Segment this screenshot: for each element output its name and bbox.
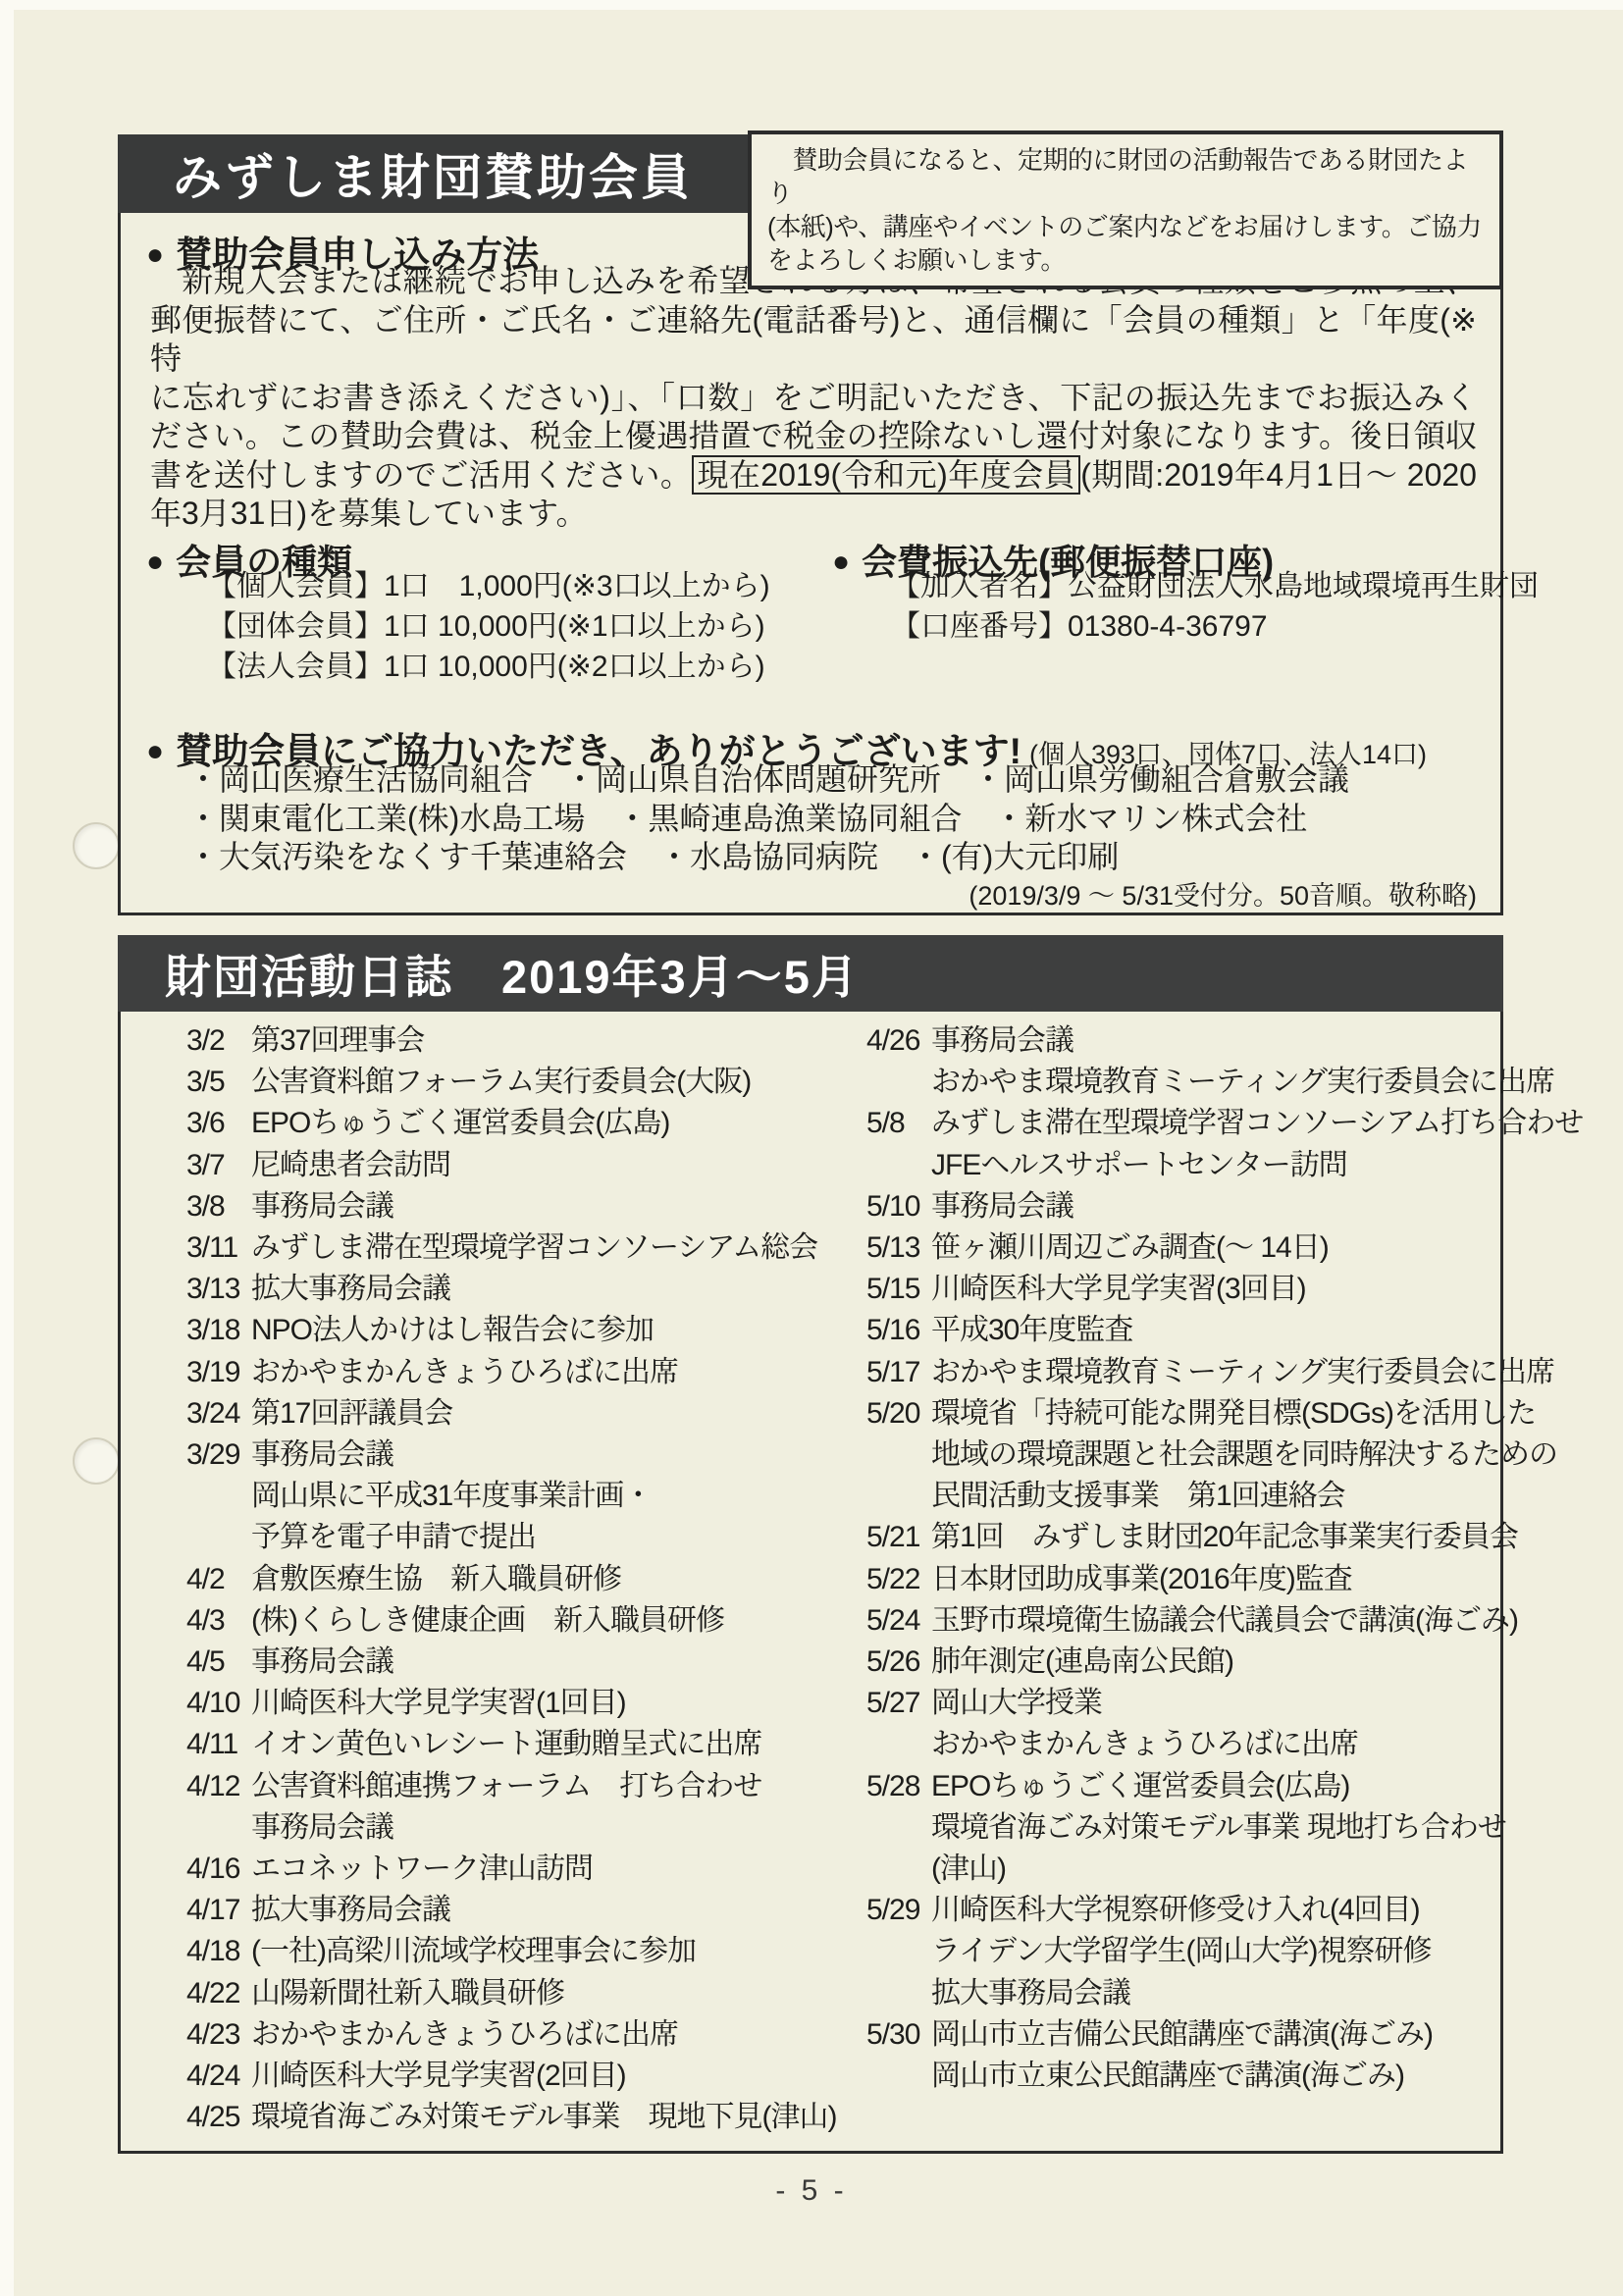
log-entry-date: 5/22	[866, 1559, 931, 1600]
log-entry: 3/7 尼崎患者会訪問	[186, 1145, 814, 1186]
log-entry: おかやまかんきょうひろばに出席	[866, 1724, 1494, 1765]
log-entry: 予算を電子申請で提出	[186, 1517, 814, 1558]
application-instruction-lines: 新規入会または継続でお申し込みを希望される方は、希望される会員の種類をご参照の上…	[150, 262, 1477, 456]
log-entry-text: みずしま滞在型環境学習コンソーシアム打ち合わせ	[931, 1103, 1583, 1144]
log-entry-date	[866, 1973, 931, 2014]
log-entry-date: 4/22	[186, 1973, 251, 2014]
log-entry-text: 事務局会議	[251, 1186, 814, 1227]
log-entry-text: 事務局会議	[251, 1807, 814, 1849]
log-entry-date: 5/29	[866, 1890, 931, 1931]
log-entry-date: 4/25	[186, 2097, 251, 2138]
log-entry-text: おかやまかんきょうひろばに出席	[251, 1352, 814, 1393]
log-entry-text: 平成30年度監査	[931, 1310, 1494, 1351]
log-entry-date: 4/26	[866, 1020, 931, 1062]
log-entry: 4/18 (一社)高梁川流域学校理事会に参加	[186, 1931, 814, 1972]
log-entry-date: 4/5	[186, 1642, 251, 1683]
log-entry-date: 4/18	[186, 1931, 251, 1972]
log-entry: 5/22 日本財団助成事業(2016年度)監査	[866, 1559, 1494, 1600]
log-entry-date: 3/5	[186, 1062, 251, 1103]
log-entry: 3/5 公害資料館フォーラム実行委員会(大阪)	[186, 1062, 814, 1103]
log-entry-text: NPO法人かけはし報告会に参加	[251, 1310, 814, 1351]
log-entry-date	[866, 1435, 931, 1476]
log-entry-date: 3/13	[186, 1269, 251, 1310]
log-entry-date	[186, 1517, 251, 1558]
supporters-line: ・関東電化工業(株)水島工場 ・黒崎連島漁業協同組合 ・新水マリン株式会社	[187, 800, 1349, 839]
supporters-line: ・岡山医療生活協同組合 ・岡山県自治体問題研究所 ・岡山県労働組合倉敷会議	[187, 760, 1349, 800]
log-entry: 4/5 事務局会議	[186, 1642, 814, 1683]
log-entry: 5/30 岡山市立吉備公民館講座で講演(海ごみ)	[866, 2014, 1494, 2056]
log-entry: 3/6 EPOちゅうごく運営委員会(広島)	[186, 1103, 814, 1144]
log-entry-date	[866, 1849, 931, 1890]
log-entry: 3/13 拡大事務局会議	[186, 1269, 814, 1310]
log-entry: 4/25 環境省海ごみ対策モデル事業 現地下見(津山)	[186, 2097, 814, 2138]
log-entry-text: 川崎医科大学見学実習(2回目)	[251, 2056, 814, 2097]
log-entry-date: 3/18	[186, 1310, 251, 1351]
paragraph-line: ださい。この賛助会費は、税金上優遇措置で税金の控除ないし還付対象になります。後日…	[150, 417, 1477, 456]
log-entry: 5/17 おかやま環境教育ミーティング実行委員会に出席	[866, 1352, 1494, 1393]
log-entry: おかやま環境教育ミーティング実行委員会に出席	[866, 1062, 1494, 1103]
log-entry-text: 第37回理事会	[251, 1020, 814, 1062]
log-entry-text: 岡山市立吉備公民館講座で講演(海ごみ)	[931, 2014, 1494, 2056]
log-entry: 岡山県に平成31年度事業計画・	[186, 1476, 814, 1517]
membership-benefits-note: 賛助会員になると、定期的に財団の活動報告である財団たより (本紙)や、講座やイベ…	[748, 130, 1503, 289]
scanned-newsletter-page: { "page": { "footer": "- 5 -" }, "member…	[0, 0, 1623, 2296]
log-entry: 事務局会議	[186, 1807, 814, 1849]
log-entry-text: エコネットワーク津山訪問	[251, 1849, 814, 1890]
benefits-note-line: をよろしくお願いします。	[767, 243, 1486, 277]
log-entry-text: 地域の環境課題と社会課題を同時解決するための	[931, 1435, 1557, 1476]
scan-margin-top	[0, 0, 1623, 10]
payment-account-item: 【加入者名】公益財団法人水島地域環境再生財団	[891, 566, 1539, 606]
log-entry: 3/8 事務局会議	[186, 1186, 814, 1227]
log-entry-text: 倉敷医療生協 新入職員研修	[251, 1559, 814, 1600]
log-entry-text: おかやまかんきょうひろばに出席	[931, 1724, 1494, 1765]
log-entry-date: 4/16	[186, 1849, 251, 1890]
log-entry-text: EPOちゅうごく運営委員会(広島)	[251, 1103, 814, 1144]
log-entry-date: 4/12	[186, 1766, 251, 1807]
log-entry-date: 5/13	[866, 1227, 931, 1269]
log-entry: 4/26 事務局会議	[866, 1020, 1494, 1062]
log-entry-text: 環境省「持続可能な開発目標(SDGs)を活用した	[931, 1393, 1536, 1435]
log-entry-date: 5/21	[866, 1517, 931, 1558]
log-entry-text: (一社)高梁川流域学校理事会に参加	[251, 1931, 814, 1972]
log-entry: 4/17 拡大事務局会議	[186, 1890, 814, 1931]
log-entry-text: 拡大事務局会議	[931, 1973, 1494, 2014]
paragraph-line-with-highlight: 書を送付しますのでご活用ください。現在2019(令和元)年度会員(期間:2019…	[150, 456, 1477, 496]
paragraph-line: に忘れずにお書き添えください)」、「口数」をご明記いただき、下記の振込先までお振…	[150, 379, 1477, 418]
log-entry: 5/24 玉野市環境衛生協議会代議員会で講演(海ごみ)	[866, 1600, 1494, 1642]
log-entry-text: ライデン大学留学生(岡山大学)視察研修	[931, 1931, 1494, 1972]
log-entry-text: 環境省海ごみ対策モデル事業 現地下見(津山)	[251, 2097, 836, 2138]
activity-log-box: 3/2 第37回理事会 3/5 公害資料館フォーラム実行委員会(大阪) 3/6 …	[118, 1012, 1503, 2154]
log-entry-text: みずしま滞在型環境学習コンソーシアム総会	[251, 1227, 817, 1269]
log-entry: 3/19 おかやまかんきょうひろばに出席	[186, 1352, 814, 1393]
log-entry-date: 4/2	[186, 1559, 251, 1600]
log-entry-date	[866, 1062, 931, 1103]
member-type-item: 【団体会員】1口 10,000円(※1口以上から)	[207, 606, 770, 647]
payment-account-item: 【口座番号】01380-4-36797	[891, 606, 1539, 647]
bullet-icon: ●	[832, 546, 850, 578]
log-entry: JFEヘルスサポートセンター訪問	[866, 1145, 1494, 1186]
log-entry: 5/28 EPOちゅうごく運営委員会(広島)	[866, 1766, 1494, 1807]
log-entry: 4/3 (株)くらしき健康企画 新入職員研修	[186, 1600, 814, 1642]
log-entry-text: 事務局会議	[931, 1186, 1494, 1227]
log-entry: 3/29 事務局会議	[186, 1435, 814, 1476]
log-entry-date: 4/23	[186, 2014, 251, 2056]
activity-log-right-column: 4/26 事務局会議 おかやま環境教育ミーティング実行委員会に出席 5/8 みず…	[866, 1020, 1494, 2097]
log-entry-date	[866, 1724, 931, 1765]
log-entry-date: 4/10	[186, 1683, 251, 1724]
log-entry-text: 笹ヶ瀬川周辺ごみ調査(〜 14日)	[931, 1227, 1494, 1269]
benefits-note-line: (本紙)や、講座やイベントのご案内などをお届けします。ご協力	[767, 210, 1486, 243]
log-entry-date: 5/30	[866, 2014, 931, 2056]
log-entry-text: JFEヘルスサポートセンター訪問	[931, 1145, 1494, 1186]
log-entry: 5/29 川崎医科大学視察研修受け入れ(4回目)	[866, 1890, 1494, 1931]
log-entry-text: 山陽新聞社新入職員研修	[251, 1973, 814, 2014]
log-entry-text: 川崎医科大学見学実習(3回目)	[931, 1269, 1494, 1310]
log-entry-text: 肺年測定(連島南公民館)	[931, 1642, 1494, 1683]
log-entry-date: 3/7	[186, 1145, 251, 1186]
log-entry-date: 3/6	[186, 1103, 251, 1144]
log-entry: 5/27 岡山大学授業	[866, 1683, 1494, 1724]
log-entry-text: 民間活動支援事業 第1回連絡会	[931, 1476, 1494, 1517]
log-entry-date	[866, 2056, 931, 2097]
bullet-icon: ●	[146, 735, 164, 767]
log-entry: 3/11 みずしま滞在型環境学習コンソーシアム総会	[186, 1227, 814, 1269]
payment-account-list: 【加入者名】公益財団法人水島地域環境再生財団 【口座番号】01380-4-367…	[891, 566, 1539, 647]
log-entry: 4/12 公害資料館連携フォーラム 打ち合わせ	[186, 1766, 814, 1807]
log-entry: 4/22 山陽新聞社新入職員研修	[186, 1973, 814, 2014]
log-entry: 5/10 事務局会議	[866, 1186, 1494, 1227]
log-entry: 4/2 倉敷医療生協 新入職員研修	[186, 1559, 814, 1600]
log-entry-text: EPOちゅうごく運営委員会(広島)	[931, 1766, 1494, 1807]
log-entry-text: 事務局会議	[251, 1435, 814, 1476]
log-entry-text: 岡山県に平成31年度事業計画・	[251, 1476, 814, 1517]
activity-log-title-bar: 財団活動日誌 2019年3月〜5月	[118, 935, 1503, 1012]
log-entry-date: 5/16	[866, 1310, 931, 1351]
log-entry-text: 公害資料館フォーラム実行委員会(大阪)	[251, 1062, 814, 1103]
log-entry: 拡大事務局会議	[866, 1973, 1494, 2014]
log-entry: 5/8 みずしま滞在型環境学習コンソーシアム打ち合わせ	[866, 1103, 1494, 1144]
log-entry-date	[186, 1476, 251, 1517]
log-entry-text: 岡山市立東公民館講座で講演(海ごみ)	[931, 2056, 1494, 2097]
log-entry-date: 5/15	[866, 1269, 931, 1310]
log-entry-date: 4/3	[186, 1600, 251, 1642]
log-entry: 民間活動支援事業 第1回連絡会	[866, 1476, 1494, 1517]
member-type-item: 【法人会員】1口 10,000円(※2口以上から)	[207, 647, 770, 687]
log-entry: 5/21 第1回 みずしま財団20年記念事業実行委員会	[866, 1517, 1494, 1558]
membership-box: ●賛助会員申し込み方法 新規入会または継続でお申し込みを希望される方は、希望され…	[118, 213, 1503, 915]
log-entry: 5/20 環境省「持続可能な開発目標(SDGs)を活用した	[866, 1393, 1494, 1435]
log-entry-date	[186, 1807, 251, 1849]
activity-log-left-column: 3/2 第37回理事会 3/5 公害資料館フォーラム実行委員会(大阪) 3/6 …	[186, 1020, 814, 2138]
log-entry: 4/23 おかやまかんきょうひろばに出席	[186, 2014, 814, 2056]
log-entry: ライデン大学留学生(岡山大学)視察研修	[866, 1931, 1494, 1972]
log-entry: (津山)	[866, 1849, 1494, 1890]
log-entry-text: 公害資料館連携フォーラム 打ち合わせ	[251, 1766, 814, 1807]
log-entry-date	[866, 1476, 931, 1517]
log-entry-date: 5/27	[866, 1683, 931, 1724]
log-entry-text: おかやま環境教育ミーティング実行委員会に出席	[931, 1062, 1554, 1103]
log-entry-text: 岡山大学授業	[931, 1683, 1494, 1724]
log-entry: 4/11 イオン黄色いレシート運動贈呈式に出席	[186, 1724, 814, 1765]
log-entry: 環境省海ごみ対策モデル事業 現地打ち合わせ	[866, 1807, 1494, 1849]
log-entry-date: 5/10	[866, 1186, 931, 1227]
log-entry-date: 5/24	[866, 1600, 931, 1642]
log-entry: 岡山市立東公民館講座で講演(海ごみ)	[866, 2056, 1494, 2097]
log-entry-text: (津山)	[931, 1849, 1494, 1890]
log-entry-date: 4/17	[186, 1890, 251, 1931]
log-entry-text: 拡大事務局会議	[251, 1269, 814, 1310]
log-entry-text: 拡大事務局会議	[251, 1890, 814, 1931]
log-entry-date: 5/17	[866, 1352, 931, 1393]
membership-section-title-bar: みずしま財団賛助会員	[118, 134, 748, 213]
log-entry-date: 5/20	[866, 1393, 931, 1435]
log-entry-date	[866, 1931, 931, 1972]
benefits-note-line: 賛助会員になると、定期的に財団の活動報告である財団たより	[767, 143, 1486, 210]
hole-punch-mark	[73, 822, 120, 869]
supporters-period-note: (2019/3/9 〜 5/31受付分。50音順。敬称略)	[150, 874, 1477, 913]
activity-log-title: 財団活動日誌 2019年3月〜5月	[165, 941, 860, 1007]
log-entry-text: 環境省海ごみ対策モデル事業 現地打ち合わせ	[931, 1807, 1506, 1849]
log-entry: 3/24 第17回評議員会	[186, 1393, 814, 1435]
log-entry: 4/24 川崎医科大学見学実習(2回目)	[186, 2056, 814, 2097]
log-entry-date: 4/11	[186, 1724, 251, 1765]
paragraph-text: (期間:2019年4月1日〜 2020	[1080, 457, 1477, 493]
log-entry-text: おかやまかんきょうひろばに出席	[251, 2014, 814, 2056]
log-entry: 5/15 川崎医科大学見学実習(3回目)	[866, 1269, 1494, 1310]
log-entry-date: 5/28	[866, 1766, 931, 1807]
log-entry-text: 川崎医科大学視察研修受け入れ(4回目)	[931, 1890, 1494, 1931]
log-entry-text: 日本財団助成事業(2016年度)監査	[931, 1559, 1494, 1600]
log-entry-date: 3/19	[186, 1352, 251, 1393]
log-entry: 5/13 笹ヶ瀬川周辺ごみ調査(〜 14日)	[866, 1227, 1494, 1269]
log-entry: 3/2 第37回理事会	[186, 1020, 814, 1062]
log-entry-date: 5/26	[866, 1642, 931, 1683]
supporters-line: ・大気汚染をなくす千葉連絡会 ・水島協同病院 ・(有)大元印刷	[187, 838, 1349, 877]
log-entry-date: 3/2	[186, 1020, 251, 1062]
log-entry-date: 3/29	[186, 1435, 251, 1476]
log-entry: 4/16 エコネットワーク津山訪問	[186, 1849, 814, 1890]
log-entry-date: 3/11	[186, 1227, 251, 1269]
hole-punch-mark	[73, 1437, 120, 1485]
log-entry-text: 尼崎患者会訪問	[251, 1145, 814, 1186]
log-entry-text: 川崎医科大学見学実習(1回目)	[251, 1683, 814, 1724]
log-entry-text: (株)くらしき健康企画 新入職員研修	[251, 1600, 814, 1642]
member-type-item: 【個人会員】1口 1,000円(※3口以上から)	[207, 566, 770, 606]
log-entry-text: 事務局会議	[931, 1020, 1494, 1062]
paragraph-line: 年3月31日)を募集しています。	[150, 495, 1477, 534]
member-types-list: 【個人会員】1口 1,000円(※3口以上から) 【団体会員】1口 10,000…	[207, 566, 770, 687]
log-entry-date: 4/24	[186, 2056, 251, 2097]
log-entry-text: 第17回評議員会	[251, 1393, 814, 1435]
log-entry-text: 第1回 みずしま財団20年記念事業実行委員会	[931, 1517, 1518, 1558]
log-entry: 5/16 平成30年度監査	[866, 1310, 1494, 1351]
log-entry-text: イオン黄色いレシート運動贈呈式に出席	[251, 1724, 814, 1765]
page-number: - 5 -	[0, 2174, 1623, 2208]
log-entry-date: 5/8	[866, 1103, 931, 1144]
bullet-icon: ●	[146, 546, 164, 578]
log-entry: 地域の環境課題と社会課題を同時解決するための	[866, 1435, 1494, 1476]
log-entry-text: 予算を電子申請で提出	[251, 1517, 814, 1558]
log-entry-text: 玉野市環境衛生協議会代議員会で講演(海ごみ)	[931, 1600, 1518, 1642]
log-entry: 4/10 川崎医科大学見学実習(1回目)	[186, 1683, 814, 1724]
log-entry-text: 事務局会議	[251, 1642, 814, 1683]
log-entry: 5/26 肺年測定(連島南公民館)	[866, 1642, 1494, 1683]
paragraph-line: 郵便振替にて、ご住所・ご氏名・ご連絡先(電話番号)と、通信欄に「会員の種類」と「…	[150, 301, 1477, 379]
log-entry-date	[866, 1807, 931, 1849]
log-entry-date: 3/24	[186, 1393, 251, 1435]
log-entry: 3/18 NPO法人かけはし報告会に参加	[186, 1310, 814, 1351]
scan-margin-left	[0, 0, 14, 2296]
current-year-member-highlight: 現在2019(令和元)年度会員	[692, 455, 1080, 495]
supporters-list: ・岡山医療生活協同組合 ・岡山県自治体問題研究所 ・岡山県労働組合倉敷会議 ・関…	[187, 760, 1349, 877]
log-entry-date	[866, 1145, 931, 1186]
log-entry-date: 3/8	[186, 1186, 251, 1227]
application-instructions: 新規入会または継続でお申し込みを希望される方は、希望される会員の種類をご参照の上…	[150, 262, 1477, 534]
log-entry-text: おかやま環境教育ミーティング実行委員会に出席	[931, 1352, 1554, 1393]
membership-section-title: みずしま財団賛助会員	[173, 138, 693, 209]
paragraph-text: 書を送付しますのでご活用ください。	[150, 457, 692, 493]
